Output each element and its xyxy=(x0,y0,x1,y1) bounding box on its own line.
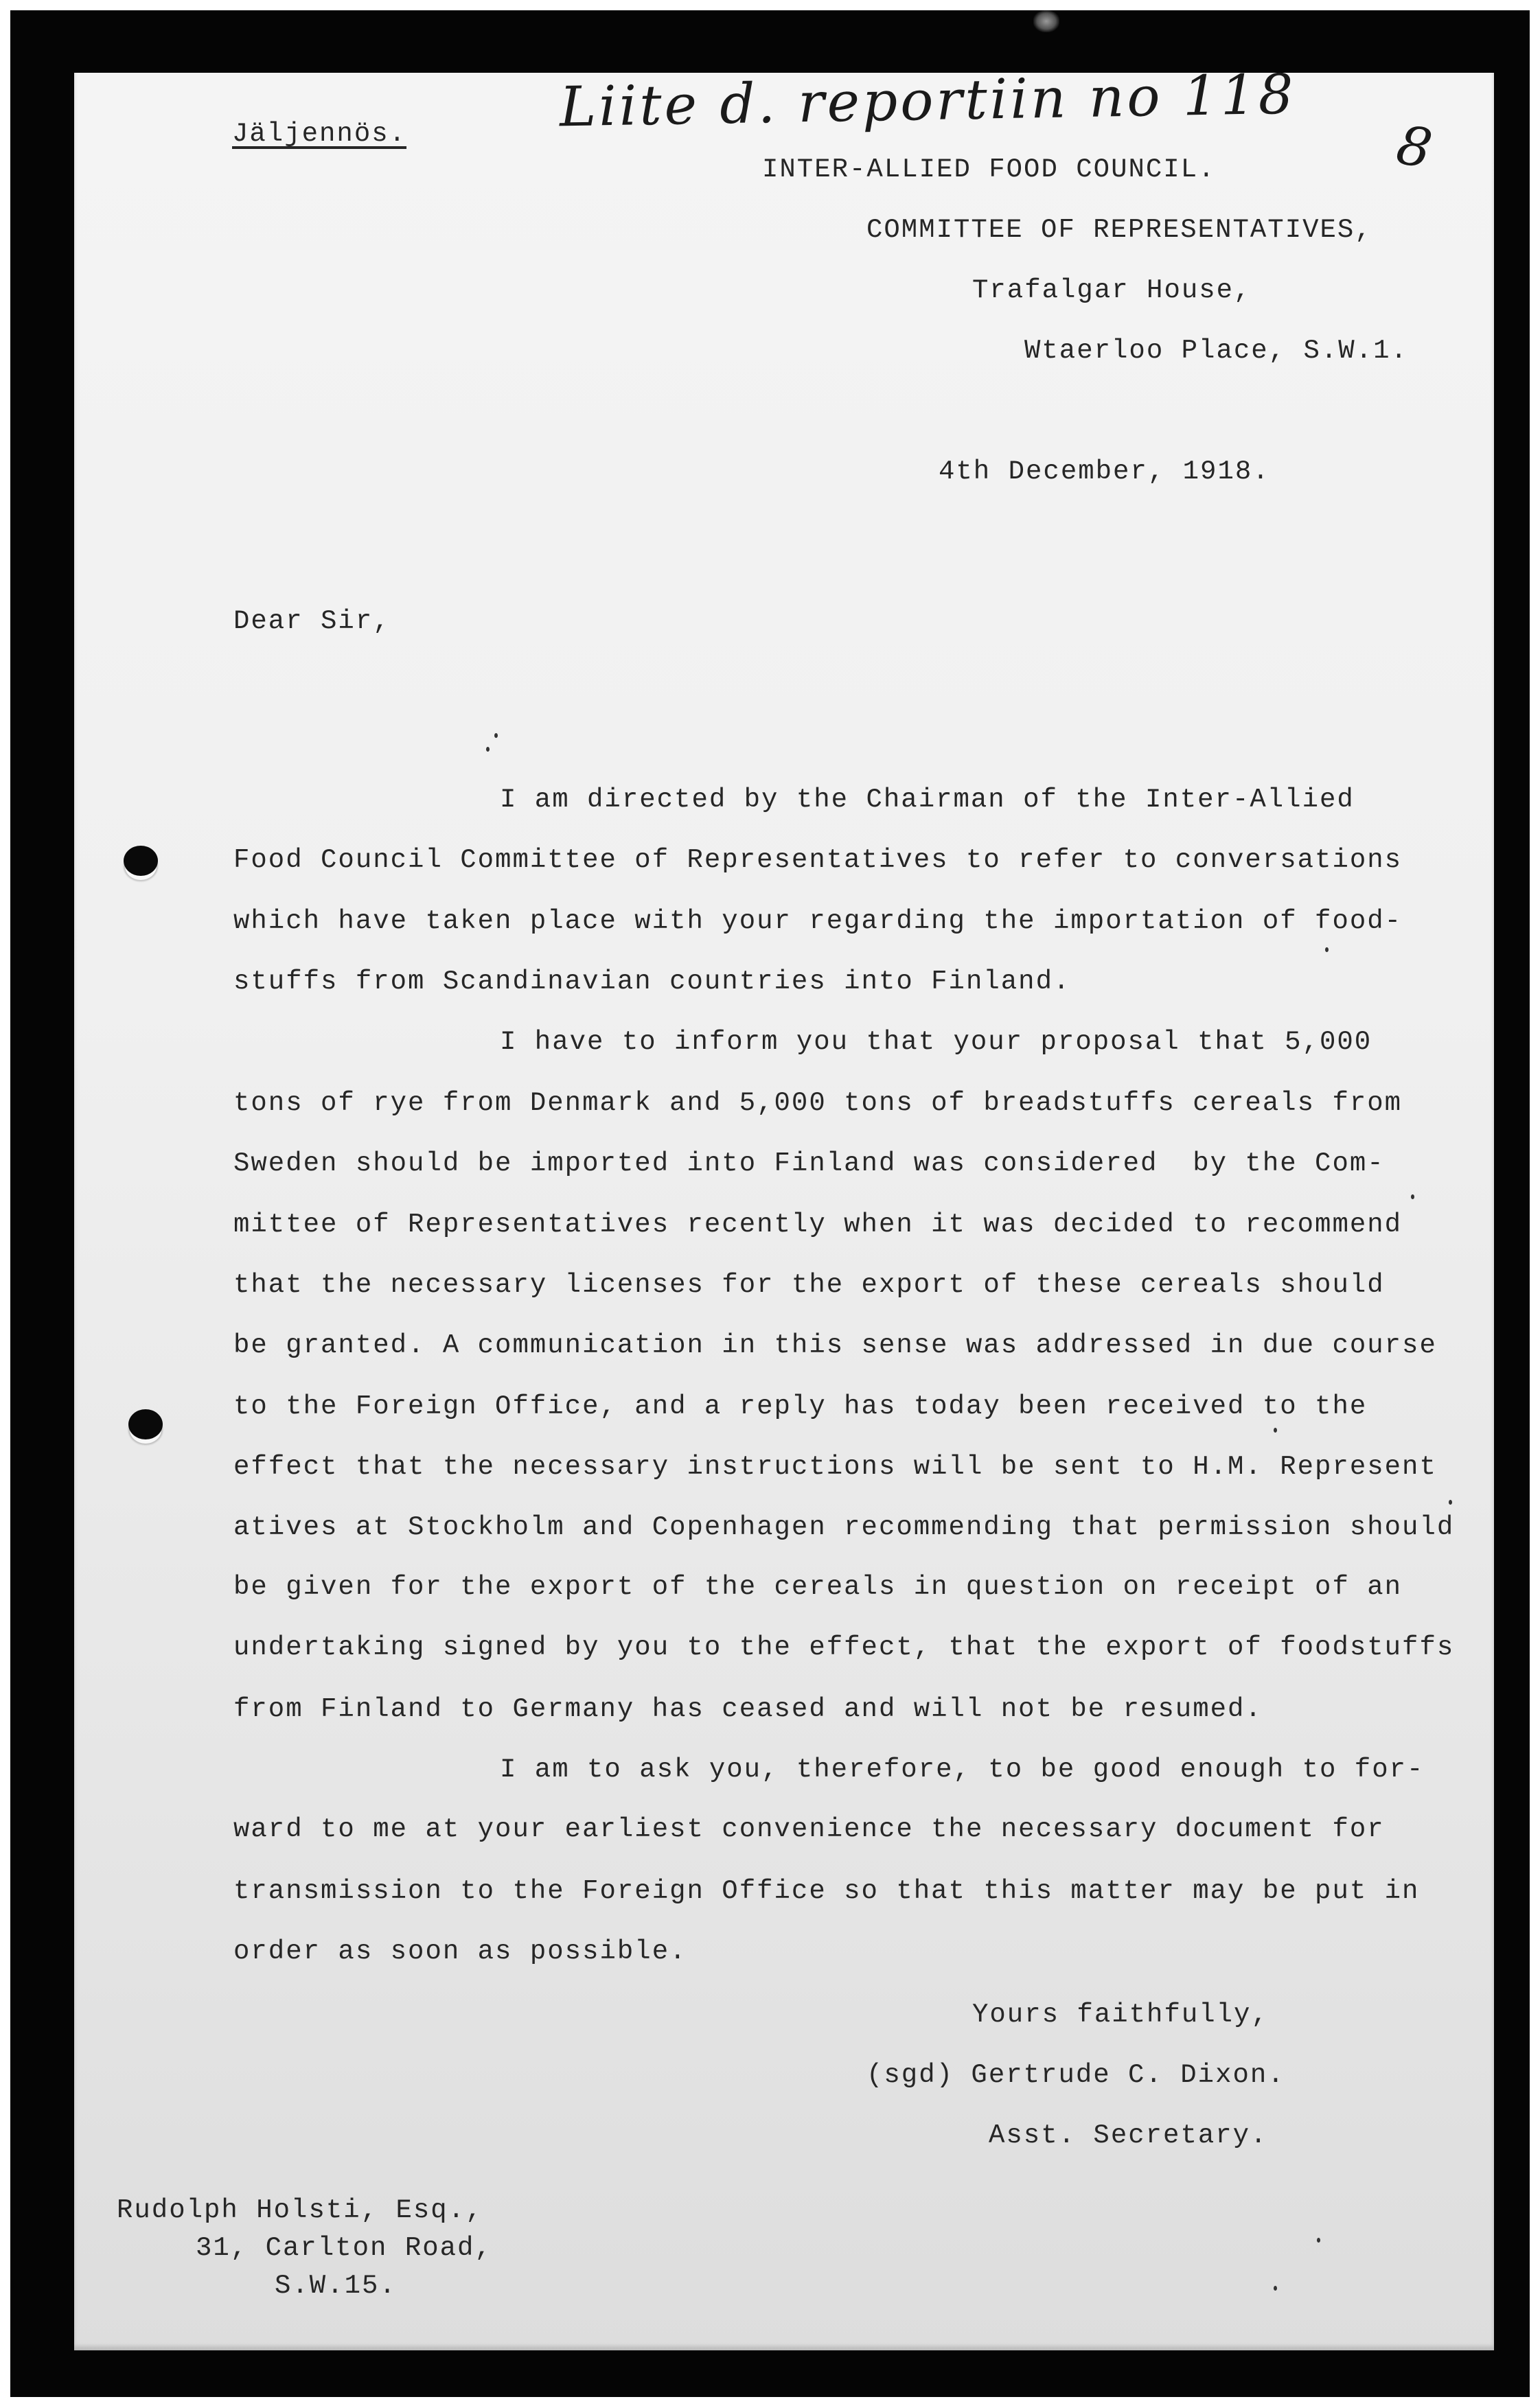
scan-speck xyxy=(1449,1500,1452,1505)
body-line: from Finland to Germany has ceased and w… xyxy=(233,1692,1263,1726)
body-line: I have to inform you that your proposal … xyxy=(500,1025,1372,1059)
handwritten-annotation: Liite d. reportiin no 118 xyxy=(559,62,1296,139)
valediction: Yours faithfully, xyxy=(972,1998,1269,2032)
scan-speck xyxy=(1411,1194,1414,1199)
scan-speck xyxy=(1317,2238,1320,2243)
body-line: Sweden should be imported into Finland w… xyxy=(233,1146,1385,1181)
body-line: that the necessary licenses for the expo… xyxy=(233,1268,1385,1302)
punch-hole-top xyxy=(124,846,158,876)
copy-stamp: Jäljennös. xyxy=(232,117,406,151)
body-line: atives at Stockholm and Copenhagen recom… xyxy=(233,1510,1454,1544)
body-line: Food Council Committee of Representative… xyxy=(233,843,1402,877)
body-line: order as soon as possible. xyxy=(233,1934,687,1969)
signature: (sgd) Gertrude C. Dixon. xyxy=(866,2058,1285,2092)
body-line: be given for the export of the cereals i… xyxy=(233,1570,1402,1604)
scan-speck xyxy=(486,747,490,752)
body-line: transmission to the Foreign Office so th… xyxy=(233,1874,1419,1908)
scan-smudge xyxy=(1033,10,1059,32)
scan-speck xyxy=(494,733,498,738)
letterhead-address-2: Wtaerloo Place, S.W.1. xyxy=(1024,334,1408,368)
body-line: be granted. A communication in this sens… xyxy=(233,1328,1437,1363)
scan-speck xyxy=(1325,947,1329,952)
signatory-title: Asst. Secretary. xyxy=(989,2118,1267,2153)
recipient-street: 31, Carlton Road, xyxy=(196,2231,492,2265)
body-line: stuffs from Scandinavian countries into … xyxy=(233,964,1070,999)
recipient-name: Rudolph Holsti, Esq., xyxy=(117,2193,483,2227)
body-line: tons of rye from Denmark and 5,000 tons … xyxy=(233,1086,1402,1120)
salutation: Dear Sir, xyxy=(233,604,391,638)
body-line: effect that the necessary instructions w… xyxy=(233,1450,1437,1484)
letter-date: 4th December, 1918. xyxy=(939,454,1270,489)
letterhead-address-1: Trafalgar House, xyxy=(972,273,1251,308)
body-line: I am directed by the Chairman of the Int… xyxy=(500,783,1355,817)
recipient-district: S.W.15. xyxy=(275,2269,397,2303)
letterhead-committee: COMMITTEE OF REPRESENTATIVES, xyxy=(866,213,1372,247)
body-line: I am to ask you, therefore, to be good e… xyxy=(500,1752,1424,1787)
scan-speck xyxy=(1274,1428,1277,1433)
body-line: which have taken place with your regardi… xyxy=(233,904,1402,938)
body-line: to the Foreign Office, and a reply has t… xyxy=(233,1389,1367,1424)
letterhead-organization: INTER-ALLIED FOOD COUNCIL. xyxy=(762,152,1216,187)
punch-hole-bottom xyxy=(128,1409,163,1439)
body-line: mittee of Representatives recently when … xyxy=(233,1207,1402,1242)
scan-speck xyxy=(1274,2286,1277,2291)
body-line: undertaking signed by you to the effect,… xyxy=(233,1630,1454,1665)
body-line: ward to me at your earliest convenience … xyxy=(233,1812,1385,1846)
